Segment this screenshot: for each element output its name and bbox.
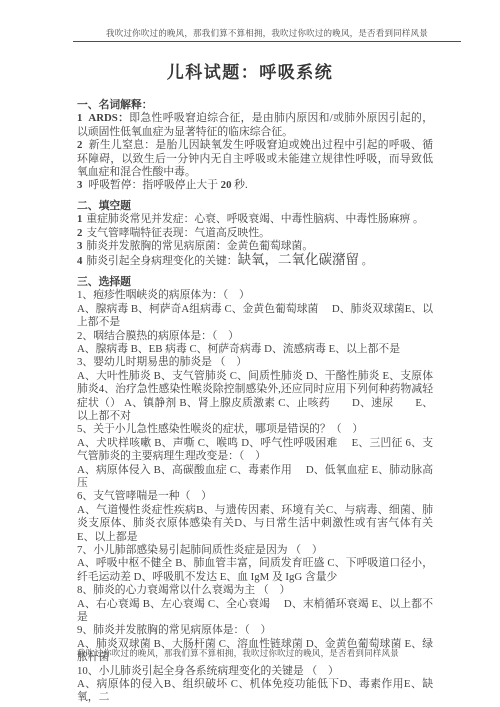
definition-item-1: 1ARDS：即急性呼吸窘迫综合征，是由肺内原因和/或肺外原因引起的，以顽固性低氧… — [77, 112, 433, 139]
blank-item-1: 1重症肺炎常见并发症：心衰、呼吸衰竭、中毒性脑病、中毒性肠麻痹 。 — [77, 213, 433, 226]
item-text: 即急性呼吸窘迫综合征，是由肺内原因和/或肺外原因引起的，以顽固性低氧血症为显著特… — [77, 112, 433, 137]
item-text-tail: 秒. — [231, 179, 247, 191]
definition-item-3: 3呼吸暂停：指呼吸停止大于 20 秒. — [77, 179, 433, 192]
footer-text: 我吹过你吹过的晚风，那我们算不算相拥，我吹过你吹过的晚风，是否看到同样风景 — [77, 648, 399, 658]
question-line: 9、肺炎并发脓胸的常见病原体是：（ ） — [77, 624, 433, 637]
item-number: 2 — [77, 227, 86, 239]
question-line: 5、关于小儿急性感染性喉炎的症状，哪项是错误的？（ ） — [77, 423, 433, 436]
item-number: 4 — [77, 255, 86, 267]
item-number: 2 — [77, 139, 88, 151]
item-text: 新生儿窒息：是胎儿因缺氧发生呼吸窘迫或娩出过程中引起的呼吸、循环障碍，以致生后一… — [77, 139, 433, 178]
item-text: 呼吸暂停：指呼吸停止大于 — [88, 179, 220, 191]
header-text: 我吹过你吹过的晚风，那我们算不算相拥，我吹过你吹过的晚风，是否看到同样风景 — [106, 28, 428, 38]
page-title: 儿科试题：呼吸系统 — [0, 58, 500, 83]
blank-item-2: 2支气管哮喘特征表现：气道高反映性。 — [77, 227, 433, 240]
section3-heading: 三、选择题 — [77, 276, 433, 289]
item-text: 肺炎并发脓胸的常见病原菌：金黄色葡萄球菌。 — [86, 240, 313, 252]
options-line: A、右心衰竭 B、左心衰竭 C、全心衰竭 D、末梢循环衰竭 E、以上都不是 — [77, 598, 433, 625]
options-line: A、腺病毒 B、柯萨奇A组病毒 C、金黄色葡萄球菌 D、肺炎双球菌E、以上都不是 — [77, 303, 433, 330]
question-line: 1、疱疹性咽峡炎的病原体为：（ ） — [77, 289, 433, 302]
item-number: 1 — [77, 213, 86, 225]
item-text-tail: 。 — [359, 255, 373, 267]
item-term: ARDS： — [88, 112, 129, 124]
options-line: A、大叶性肺炎 B、支气管肺炎 C、间质性肺炎 D、干酪性肺炎 E、支原体肺炎4… — [77, 370, 433, 424]
question-line: 8、肺炎的心力衰竭常以什么衰竭为主 （ ） — [77, 584, 433, 597]
item-bold-number: 20 — [221, 179, 232, 191]
item-number: 3 — [77, 179, 88, 191]
section1-heading: 一、名词解释： — [77, 99, 433, 112]
page-header: 我吹过你吹过的晚风，那我们算不算相拥，我吹过你吹过的晚风，是否看到同样风景 — [73, 27, 461, 42]
page-footer: 我吹过你吹过的晚风，那我们算不算相拥，我吹过你吹过的晚风，是否看到同样风景 — [77, 647, 457, 659]
options-line: A、气道慢性炎症性疾病B、与遗传因素、环境有关C、与病毒、细菌、肺炎支原体、肺炎… — [77, 504, 433, 544]
item-text: 肺炎引起全身病理变化的关键： — [86, 255, 237, 267]
item-number: 1 — [77, 112, 88, 124]
item-number: 3 — [77, 240, 86, 252]
question-line: 2、咽结合膜热的病原体是：（ ） — [77, 330, 433, 343]
question-line: 6、支气管哮喘是一种（ ） — [77, 490, 433, 503]
item-text: 支气管哮喘特征表现：气道高反映性。 — [86, 227, 270, 239]
document-body: 一、名词解释： 1ARDS：即急性呼吸窘迫综合征，是由肺内原因和/或肺外原因引起… — [77, 99, 433, 705]
options-line: A、呼吸中枢不健全 B、肺血管丰富，间质发育旺盛 C、下呼吸道口径小，纤毛运动差… — [77, 557, 433, 584]
options-line: A、腺病毒 B、EB 病毒 C、柯萨奇病毒 D、流感病毒 E、以上都不是 — [77, 343, 433, 356]
options-line: A、犬吠样咳嗽 B、声嘶 C、喉鸣 D、呼气性呼吸困难 E、三凹征 6、支气管肺… — [77, 437, 433, 464]
options-line: A、病原体的侵入B、组织破坏 C、机体免疫功能低下D、毒素作用E、缺氧，二 — [77, 678, 433, 705]
item-text: 重症肺炎常见并发症：心衰、呼吸衰竭、中毒性脑病、中毒性肠麻痹 。 — [86, 213, 423, 225]
question-line: 7、小儿肺部感染易引起肺间质性炎症是因为 （ ） — [77, 544, 433, 557]
options-line: A、病原体侵入 B、高碳酸血症 C、毒素作用 D、低氧血症 E、肺动脉高压 — [77, 464, 433, 491]
question-line: 10、小儿肺炎引起全身各系统病理变化的关键是 （ ） — [77, 665, 433, 678]
section2-heading: 二、填空题 — [77, 200, 433, 213]
question-line: 3、婴幼儿时期易患的肺炎是 （ ） — [77, 356, 433, 369]
blank-item-4: 4肺炎引起全身病理变化的关键：缺氧，二氧化碳潴留 。 — [77, 253, 433, 268]
item-answer-large: 缺氧，二氧化碳潴留 — [238, 252, 360, 267]
definition-item-2: 2新生儿窒息：是胎儿因缺氧发生呼吸窘迫或娩出过程中引起的呼吸、循环障碍，以致生后… — [77, 139, 433, 179]
